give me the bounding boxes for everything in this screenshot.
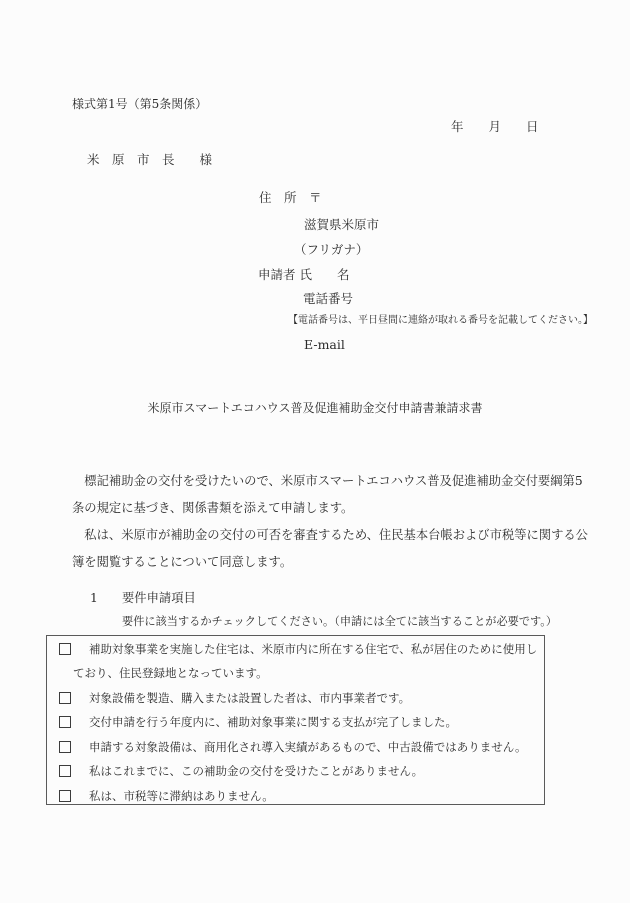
checklist-item-text: 私はこれまでに、この補助金の交付を受けたことがありません。 [89,764,423,778]
body-paragraph-line: 私は、米原市が補助金の交付の可否を審査するため、住民基本台帳および市税等に関する… [72,528,588,542]
body-paragraph-line: 条の規定に基づき、関係書類を添えて申請します。 [72,501,353,515]
checklist-item-text: 私は、市税等に滞納はありません。 [89,789,274,803]
requirements-checklist-box: 補助対象事業を実施した住宅は、米原市内に所在する住宅で、私が居住のために使用し … [46,635,545,805]
document-page: 様式第1号（第5条関係） 年 月 日 米 原 市 長 様 住 所 〒 滋賀県米原… [0,0,630,903]
body-paragraph-line: 標記補助金の交付を受けたいので、米原市スマートエコハウス普及促進補助金交付要綱第… [72,474,583,488]
furigana-label: （フリガナ） [294,243,368,257]
section-number: 1 [90,591,98,605]
checkbox-unchecked-icon[interactable] [59,790,71,802]
address-label: 住 所 〒 [259,191,322,205]
checklist-item-text: 申請する対象設備は、商用化され導入実績があるもので、中古設備ではありません。 [89,740,526,754]
checkbox-unchecked-icon[interactable] [59,716,71,728]
addressee-line: 米 原 市 長 様 [87,153,212,167]
phone-note: 【電話番号は、平日昼間に連絡が取れる番号を記載してください。】 [288,314,593,328]
address-value: 滋賀県米原市 [304,218,379,232]
checkbox-unchecked-icon[interactable] [59,643,71,655]
email-label: E-mail [304,338,345,352]
checklist-item-text: 補助対象事業を実施した住宅は、米原市内に所在する住宅で、私が居住のために使用し [89,642,537,656]
section-instruction: 要件に該当するかチェックしてください。（申請には全てに該当することが必要です。） [122,615,557,629]
checklist-item-text: ており、住民登録地となっています。 [73,666,268,680]
date-line: 年 月 日 [451,120,539,134]
body-paragraph-line: 簿を閲覧することについて同意します。 [72,555,292,569]
checkbox-unchecked-icon[interactable] [59,692,71,704]
checklist-item-text: 対象設備を製造、購入または設置した者は、市内事業者です。 [89,691,410,705]
document-title: 米原市スマートエコハウス普及促進補助金交付申請書兼請求書 [0,401,630,415]
section-heading: 要件申請項目 [122,591,196,605]
checkbox-unchecked-icon[interactable] [59,741,71,753]
applicant-name-line: 申請者 氏 名 [258,268,349,282]
phone-label: 電話番号 [303,292,353,306]
checkbox-unchecked-icon[interactable] [59,765,71,777]
checklist-item-text: 交付申請を行う年度内に、補助対象事業に関する支払が完了しました。 [89,715,457,729]
form-number: 様式第1号（第5条関係） [72,97,207,111]
